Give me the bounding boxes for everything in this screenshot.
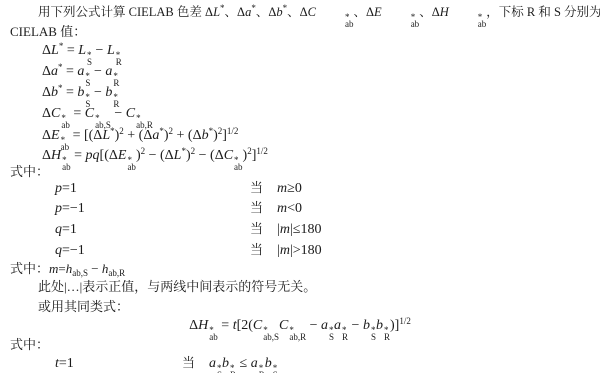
condition-row-q1: q=1 当 |m|≤180 [10,218,590,239]
formula-delta-H: ΔH*ab = pq[(ΔE*ab)2 − (ΔL*)2 − (ΔC*ab)2]… [10,146,590,165]
condition-lhs: q=−1 [55,240,250,261]
where-label-1: 式中： [10,165,590,178]
intro-line-2: CIELAB 值： [10,22,590,41]
intro-line-1: 用下列公式计算 CIELAB 色差 ΔL*、Δa*、Δb*、ΔC*ab、ΔE*a… [10,2,590,22]
condition-lhs: p=1 [55,179,250,198]
condition-lhs: p=−1 [55,198,250,219]
condition-row-q2: q=−1 当 |m|>180 [10,239,590,260]
condition-expr: |m|≤180 [277,219,321,240]
condition-lhs: t=1 [55,355,182,372]
formula-delta-a: Δa* = a*S − a*R [10,61,590,82]
condition-when-label: 当 [250,178,263,197]
condition-when-label: 当 [250,197,263,218]
condition-expr: |m|>180 [277,240,322,261]
condition-when-label: 当 [250,239,263,260]
formula-delta-E: ΔE*ab = [(ΔL*)2 + (Δa*)2 + (Δb*)2]1/2 [10,125,590,146]
where-m-definition: 式中：m=hab,S − hab,R [10,260,590,277]
formula-delta-H-alternative: ΔH*ab = t[2(C*ab,SC*ab,R − a*Sa*R − b*Sb… [10,317,590,335]
condition-expr: m<0 [277,198,302,219]
condition-expr: a*Sb*R ≤ a*Rb*S [209,355,278,373]
absolute-value-note: 此处|…|表示正值，与两线中间表示的符号无关。 [10,277,590,296]
condition-row-p2: p=−1 当 m<0 [10,197,590,218]
formula-delta-b: Δb* = b*S − b*R [10,82,590,103]
condition-row-t1: t=1 当 a*Sb*R ≤ a*Rb*S [10,354,590,371]
alternative-formula-intro: 或用其同类式： [10,296,590,317]
condition-expr: m≥0 [277,179,302,198]
condition-lhs: q=1 [55,219,250,240]
condition-row-p1: p=1 当 m≥0 [10,178,590,197]
document-page: 用下列公式计算 CIELAB 色差 ΔL*、Δa*、Δb*、ΔC*ab、ΔE*a… [0,0,600,371]
formula-delta-C: ΔC*ab = C*ab,S − C*ab,R [10,103,590,125]
formula-delta-L: ΔL* = L*S − L*R [10,41,590,61]
condition-when-label: 当 [250,218,263,239]
condition-when-label: 当 [182,354,195,371]
